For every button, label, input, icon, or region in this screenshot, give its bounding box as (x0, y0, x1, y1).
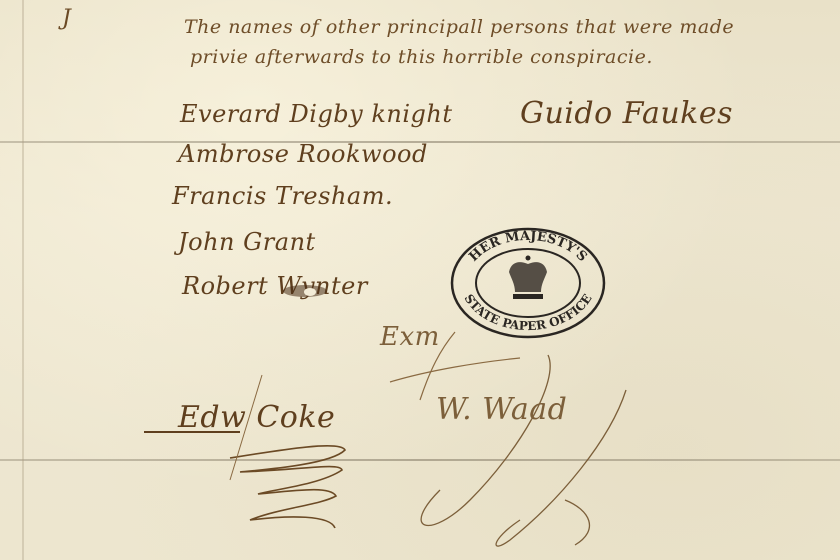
pen-flourishes (0, 0, 840, 560)
state-paper-office-stamp: HER MAJESTY'S STATE PAPER OFFICE (449, 226, 607, 340)
crown-icon (509, 256, 547, 300)
